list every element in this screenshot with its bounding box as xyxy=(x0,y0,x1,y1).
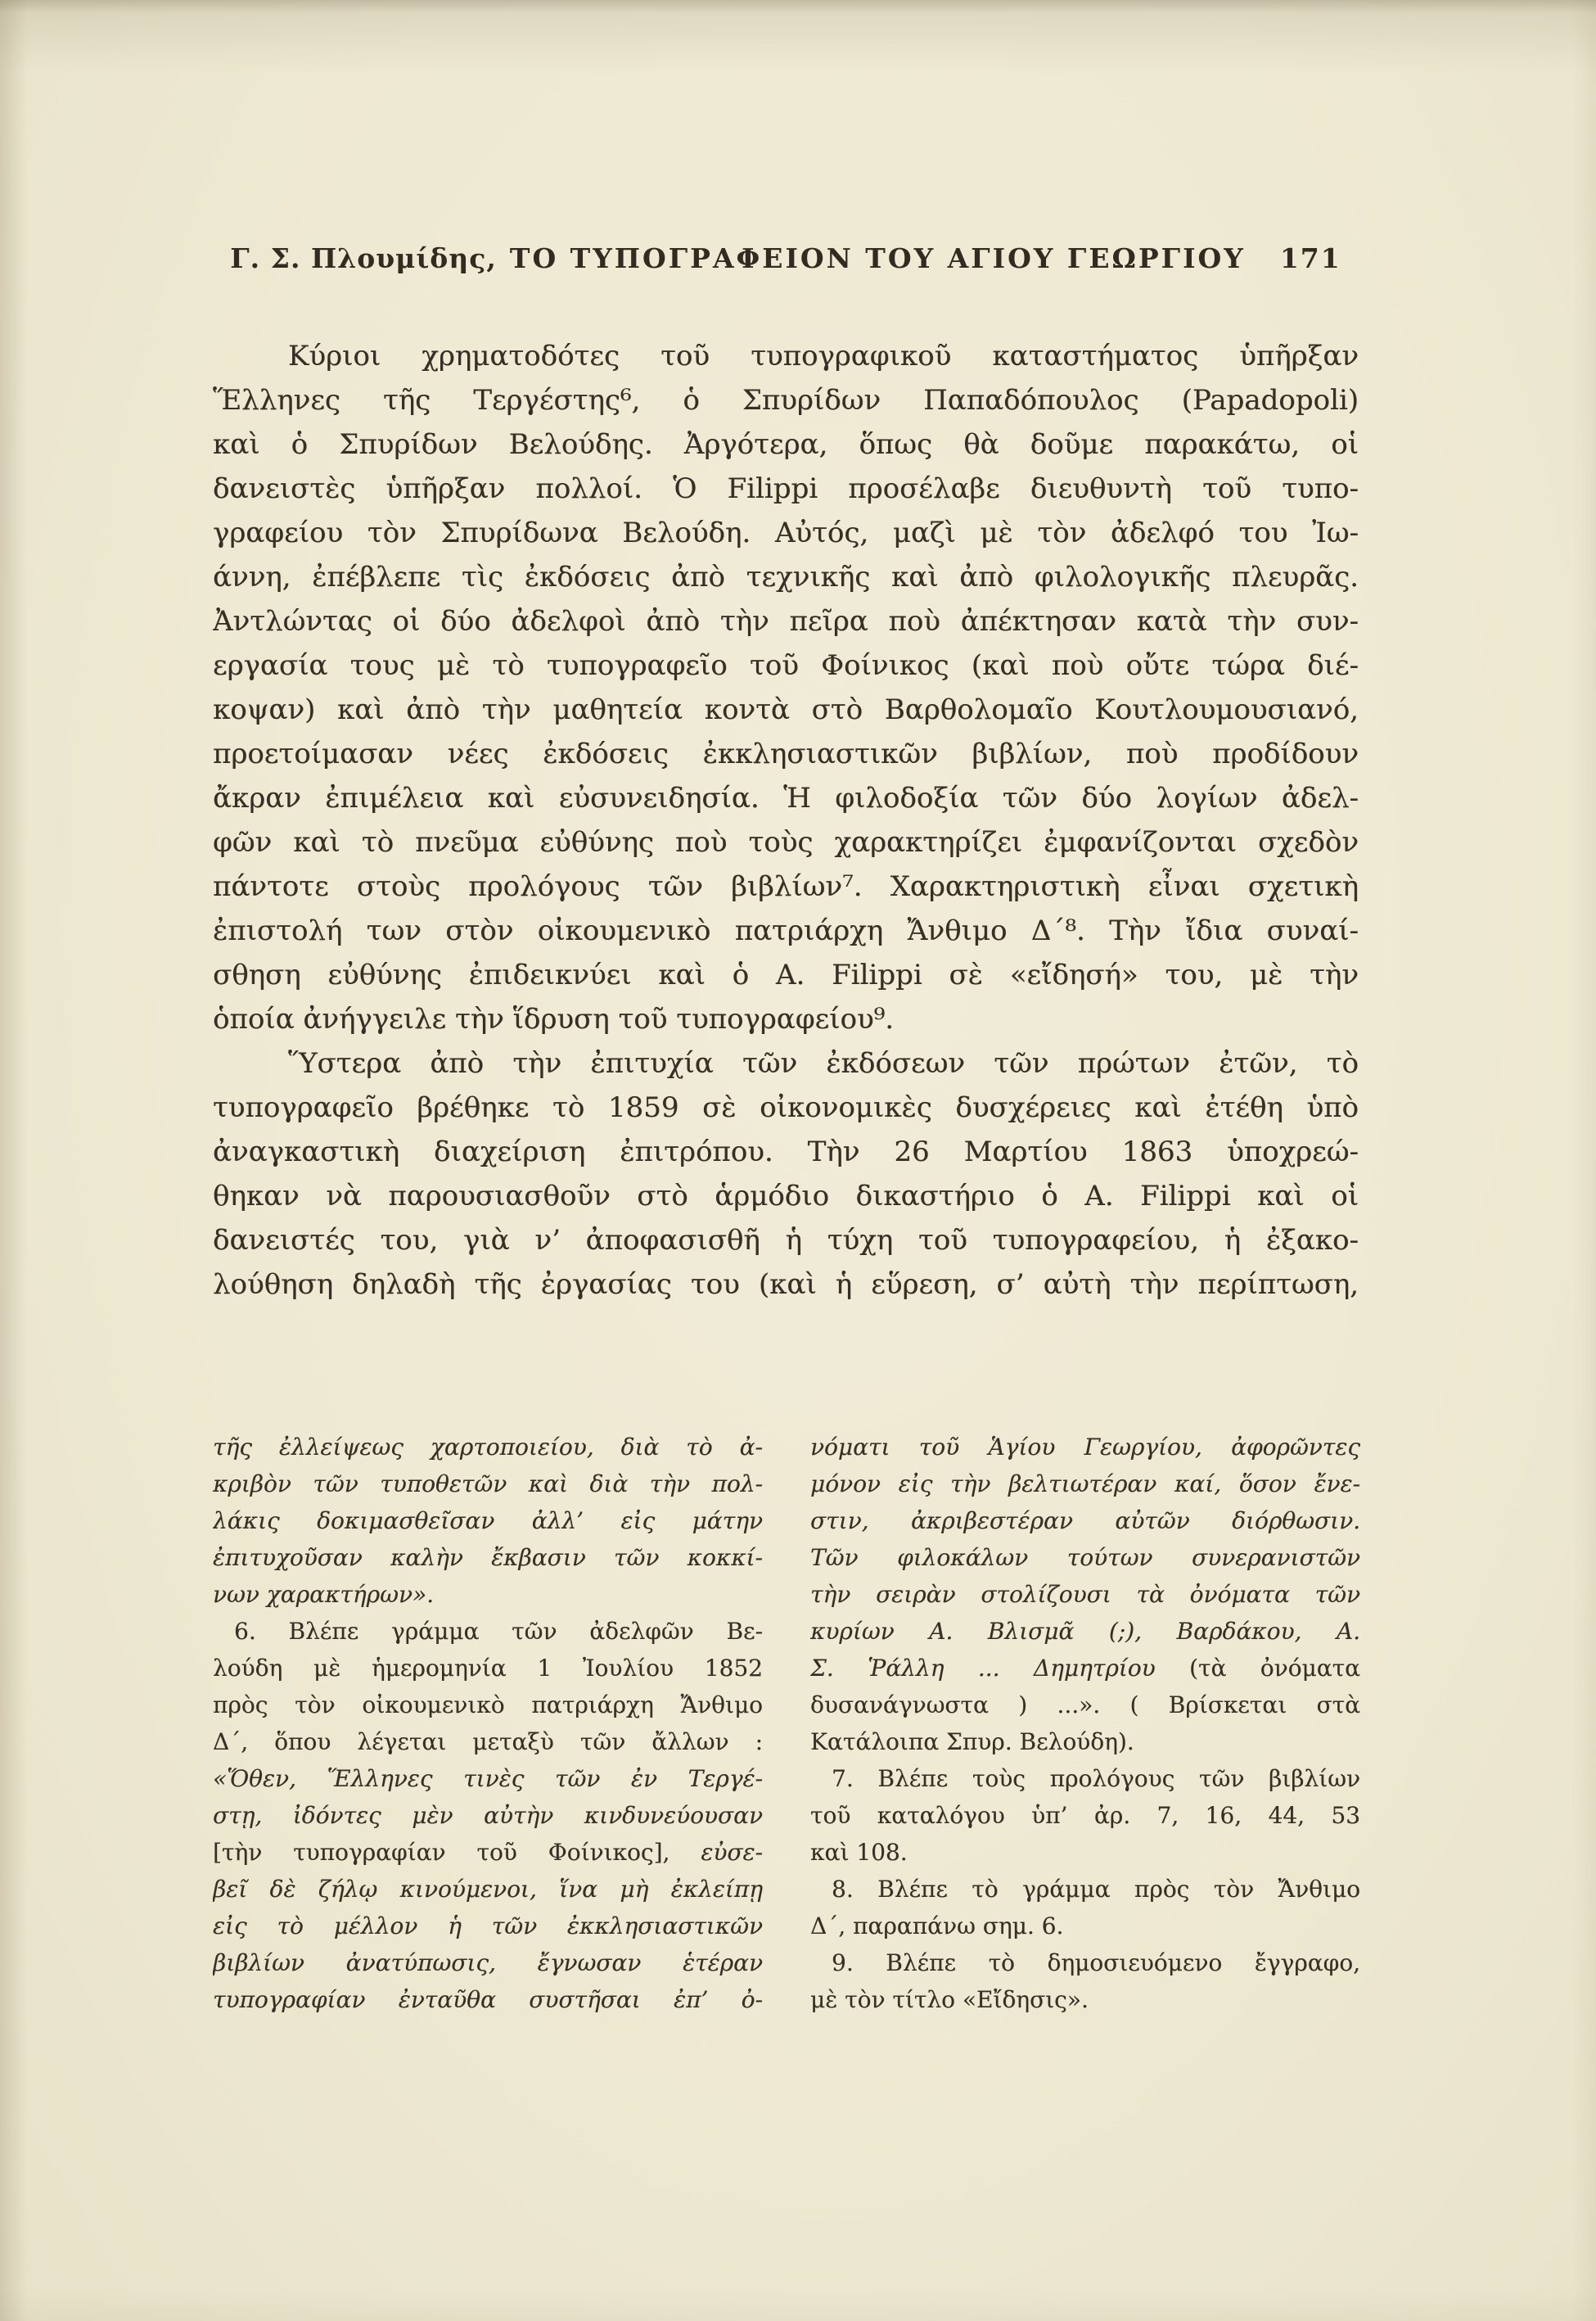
italic-text-segment: τὴν σειρὰν στολίζουσι τὰ ὀνόματα τῶν xyxy=(810,1581,1360,1608)
text-segment: δανειστές του, γιὰ ν’ ἀποφασισθῆ ἡ τύχη … xyxy=(213,1224,1359,1257)
header-author: Γ. Σ. Πλουμίδης, xyxy=(230,242,497,274)
body-text-line: ὁποία ἀνήγγειλε τὴν ἵδρυση τοῦ τυπογραφε… xyxy=(213,997,1359,1041)
body-text-line: εργασία τους μὲ τὸ τυπογραφεῖο τοῦ Φοίνι… xyxy=(213,643,1359,688)
body-text-line: φῶν καὶ τὸ πνεῦμα εὐθύνης ποὺ τοὺς χαρακ… xyxy=(213,820,1359,865)
scanned-document-page: Γ. Σ. Πλουμίδης, ΤΟ ΤΥΠΟΓΡΑΦΕΙΟΝ ΤΟΥ ΑΓΙ… xyxy=(0,0,1596,2321)
text-segment: προετοίμασαν νέες ἐκδόσεις ἐκκλησιαστικῶ… xyxy=(213,738,1359,770)
footnote-column-right: νόματι τοῦ Ἁγίου Γεωργίου, ἀφορῶντεςμόνο… xyxy=(810,1429,1360,2018)
body-text-line: πάντοτε στοὺς προλόγους τῶν βιβλίων⁷. Χα… xyxy=(213,865,1359,909)
italic-text-segment: βιβλίων ἀνατύπωσις, ἔγνωσαν ἑτέραν xyxy=(213,1949,763,1976)
text-segment: [τὴν τυπογραφίαν τοῦ Φοίνικος], xyxy=(213,1839,701,1866)
body-text-line: γραφείου τὸν Σπυρίδωνα Βελούδη. Αὐτός, μ… xyxy=(213,511,1359,555)
footnote-line: 9. Βλέπε τὸ δημοσιευόμενο ἔγγραφο, xyxy=(810,1944,1360,1981)
text-segment: τυπογραφεῖο βρέθηκε τὸ 1859 σὲ οἰκονομικ… xyxy=(213,1091,1359,1124)
text-segment: 9. Βλέπε τὸ δημοσιευόμενο ἔγγραφο, xyxy=(832,1949,1360,1976)
header-page-number: 171 xyxy=(1280,242,1341,274)
main-body-text: Κύριοι χρηματοδότες τοῦ τυπογραφικοῦ κατ… xyxy=(213,334,1359,1307)
italic-text-segment: κυρίων Α. Βλισμᾶ (;), Βαρδάκου, Α. xyxy=(810,1618,1360,1645)
text-segment: καὶ 108. xyxy=(810,1839,908,1866)
footnote-line: μόνον εἰς τὴν βελτιωτέραν καί, ὅσον ἔνε- xyxy=(810,1465,1360,1502)
italic-text-segment: λάκις δοκιμασθεῖσαν ἀλλ’ εἰς μάτην xyxy=(213,1507,763,1534)
text-segment: Δ΄, παραπάνω σημ. 6. xyxy=(810,1912,1063,1939)
italic-text-segment: εἰς τὸ μέλλον ἡ τῶν ἐκκλησιαστικῶν xyxy=(213,1912,763,1939)
body-text-line: Ἀντλώντας οἱ δύο ἀδελφοὶ ἀπὸ τὴν πεῖρα π… xyxy=(213,599,1359,643)
body-text-line: δανειστές του, γιὰ ν’ ἀποφασισθῆ ἡ τύχη … xyxy=(213,1218,1359,1262)
text-segment: κοψαν) καὶ ἀπὸ τὴν μαθητεία κοντὰ στὸ Βα… xyxy=(213,693,1359,726)
footnote-line: Τῶν φιλοκάλων τούτων συνερανιστῶν xyxy=(810,1539,1360,1576)
footnote-line: κριβὸν τῶν τυποθετῶν καὶ διὰ τὴν πολ- xyxy=(213,1465,763,1502)
italic-text-segment: Σ. Ῥάλλη ... Δημητρίου xyxy=(810,1655,1189,1682)
text-segment: άννη, ἐπέβλεπε τὶς ἐκδόσεις ἀπὸ τεχνικῆς… xyxy=(213,561,1359,594)
italic-text-segment: στιν, ἀκριβεστέραν αὐτῶν διόρθωσιν. xyxy=(810,1507,1360,1534)
footnote-line: Κατάλοιπα Σπυρ. Βελούδη). xyxy=(810,1723,1360,1760)
footnote-line: 7. Βλέπε τοὺς προλόγους τῶν βιβλίων xyxy=(810,1760,1360,1797)
footnote-line: τὴν σειρὰν στολίζουσι τὰ ὀνόματα τῶν xyxy=(810,1576,1360,1613)
footnote-line: 8. Βλέπε τὸ γράμμα πρὸς τὸν Ἄνθιμο xyxy=(810,1871,1360,1908)
italic-text-segment: Τῶν φιλοκάλων τούτων συνερανιστῶν xyxy=(810,1544,1360,1571)
footnote-line: λάκις δοκιμασθεῖσαν ἀλλ’ εἰς μάτην xyxy=(213,1502,763,1539)
running-header: Γ. Σ. Πλουμίδης, ΤΟ ΤΥΠΟΓΡΑΦΕΙΟΝ ΤΟΥ ΑΓΙ… xyxy=(213,242,1359,274)
text-segment: ὁποία ἀνήγγειλε τὴν ἵδρυση τοῦ τυπογραφε… xyxy=(213,1003,894,1036)
footnote-line: βιβλίων ἀνατύπωσις, ἔγνωσαν ἑτέραν xyxy=(213,1944,763,1981)
text-segment: Κατάλοιπα Σπυρ. Βελούδη). xyxy=(810,1728,1134,1755)
text-segment: πάντοτε στοὺς προλόγους τῶν βιβλίων⁷. Χα… xyxy=(213,870,1359,903)
text-segment: πρὸς τὸν οἰκουμενικὸ πατριάρχη Ἄνθιμο xyxy=(213,1691,763,1718)
footnote-line: νων χαρακτήρων». xyxy=(213,1576,763,1613)
text-segment: φῶν καὶ τὸ πνεῦμα εὐθύνης ποὺ τοὺς χαρακ… xyxy=(213,826,1359,859)
footnote-line: ἐπιτυχοῦσαν καλὴν ἔκβασιν τῶν κοκκί- xyxy=(213,1539,763,1576)
body-text-line: Ὕστερα ἀπὸ τὴν ἐπιτυχία τῶν ἐκδόσεων τῶν… xyxy=(213,1041,1359,1086)
italic-text-segment: νων χαρακτήρων». xyxy=(213,1581,434,1608)
body-text-line: Ἕλληνες τῆς Τεργέστης⁶, ὁ Σπυρίδων Παπαδ… xyxy=(213,378,1359,422)
text-segment: σθηση εὐθύνης ἐπιδεικνύει καὶ ὁ A. Filip… xyxy=(213,959,1359,991)
text-segment: λούδη μὲ ἡμερομηνία 1 Ἰουλίου 1852 xyxy=(213,1655,763,1682)
body-text-line: ἐπιστολή των στὸν οἰκουμενικὸ πατριάρχη … xyxy=(213,909,1359,953)
body-text-line: Κύριοι χρηματοδότες τοῦ τυπογραφικοῦ κατ… xyxy=(213,334,1359,378)
body-text-line: δανειστὲς ὑπῆρξαν πολλοί. Ὁ Filippi προσ… xyxy=(213,467,1359,511)
footnote-line: Σ. Ῥάλλη ... Δημητρίου (τὰ ὀνόματα xyxy=(810,1650,1360,1687)
italic-text-segment: ἐπιτυχοῦσαν καλὴν ἔκβασιν τῶν κοκκί- xyxy=(213,1544,763,1571)
body-text-line: θηκαν νὰ παρουσιασθοῦν στὸ ἁρμόδιο δικασ… xyxy=(213,1174,1359,1218)
footnote-line: νόματι τοῦ Ἁγίου Γεωργίου, ἀφορῶντες xyxy=(810,1429,1360,1465)
footnote-line: Δ΄, ὅπου λέγεται μεταξὺ τῶν ἄλλων : xyxy=(213,1723,763,1760)
body-text-line: ἀναγκαστικὴ διαχείριση ἐπιτρόπου. Τὴν 26… xyxy=(213,1130,1359,1174)
body-text-line: λούθηση δηλαδὴ τῆς ἐργασίας του (καὶ ἡ ε… xyxy=(213,1262,1359,1307)
body-text-line: άννη, ἐπέβλεπε τὶς ἐκδόσεις ἀπὸ τεχνικῆς… xyxy=(213,555,1359,599)
text-segment: 6. Βλέπε γράμμα τῶν ἀδελφῶν Βε- xyxy=(234,1618,763,1645)
text-segment: (τὰ ὀνόματα xyxy=(1189,1655,1360,1682)
italic-text-segment: βεῖ δὲ ζήλῳ κινούμενοι, ἵνα μὴ ἐκλείπῃ xyxy=(213,1876,763,1903)
text-segment: Ἕλληνες τῆς Τεργέστης⁶, ὁ Σπυρίδων Παπαδ… xyxy=(213,384,1359,417)
text-segment: Ἀντλώντας οἱ δύο ἀδελφοὶ ἀπὸ τὴν πεῖρα π… xyxy=(213,605,1359,638)
footnote-line: τῆς ἐλλείψεως χαρτοποιείου, διὰ τὸ ἀ- xyxy=(213,1429,763,1465)
text-segment: ἄκραν ἐπιμέλεια καὶ εὐσυνειδησία. Ἡ φιλο… xyxy=(213,782,1359,815)
italic-text-segment: εὐσε- xyxy=(701,1839,763,1866)
text-segment: ἀναγκαστικὴ διαχείριση ἐπιτρόπου. Τὴν 26… xyxy=(213,1136,1359,1168)
footnote-line: πρὸς τὸν οἰκουμενικὸ πατριάρχη Ἄνθιμο xyxy=(213,1687,763,1723)
footnote-column-left: τῆς ἐλλείψεως χαρτοποιείου, διὰ τὸ ἀ-κρι… xyxy=(213,1429,763,2018)
footnote-line: «Ὅθεν, Ἕλληνες τινὲς τῶν ἐν Τεργέ- xyxy=(213,1760,763,1797)
footnote-line: 6. Βλέπε γράμμα τῶν ἀδελφῶν Βε- xyxy=(213,1613,763,1650)
footnote-line: εἰς τὸ μέλλον ἡ τῶν ἐκκλησιαστικῶν xyxy=(213,1908,763,1944)
text-segment: Κύριοι χρηματοδότες τοῦ τυπογραφικοῦ κατ… xyxy=(288,340,1359,373)
footnote-line: [τὴν τυπογραφίαν τοῦ Φοίνικος], εὐσε- xyxy=(213,1834,763,1871)
text-segment: λούθηση δηλαδὴ τῆς ἐργασίας του (καὶ ἡ ε… xyxy=(213,1268,1359,1301)
text-segment: 8. Βλέπε τὸ γράμμα πρὸς τὸν Ἄνθιμο xyxy=(832,1876,1360,1903)
body-text-line: σθηση εὐθύνης ἐπιδεικνύει καὶ ὁ A. Filip… xyxy=(213,953,1359,997)
footnote-line: Δ΄, παραπάνω σημ. 6. xyxy=(810,1908,1360,1944)
body-text-line: κοψαν) καὶ ἀπὸ τὴν μαθητεία κοντὰ στὸ Βα… xyxy=(213,688,1359,732)
text-segment: Δ΄, ὅπου λέγεται μεταξὺ τῶν ἄλλων : xyxy=(213,1728,763,1755)
footnote-line: δυσανάγνωστα ) ...». ( Βρίσκεται στὰ xyxy=(810,1687,1360,1723)
footnote-line: βεῖ δὲ ζήλῳ κινούμενοι, ἵνα μὴ ἐκλείπῃ xyxy=(213,1871,763,1908)
text-segment: γραφείου τὸν Σπυρίδωνα Βελούδη. Αὐτός, μ… xyxy=(213,517,1359,549)
header-article-title: ΤΟ ΤΥΠΟΓΡΑΦΕΙΟΝ ΤΟΥ ΑΓΙΟΥ ΓΕΩΡΓΙΟΥ xyxy=(510,242,1246,274)
footnote-line: λούδη μὲ ἡμερομηνία 1 Ἰουλίου 1852 xyxy=(213,1650,763,1687)
body-text-line: καὶ ὁ Σπυρίδων Βελούδης. Ἀργότερα, ὅπως … xyxy=(213,422,1359,467)
text-segment: τοῦ καταλόγου ὑπ’ ἀρ. 7, 16, 44, 53 xyxy=(810,1802,1360,1829)
footnote-line: στῃ, ἰδόντες μὲν αὐτὴν κινδυνεύουσαν xyxy=(213,1797,763,1834)
body-text-line: προετοίμασαν νέες ἐκδόσεις ἐκκλησιαστικῶ… xyxy=(213,732,1359,776)
italic-text-segment: νόματι τοῦ Ἁγίου Γεωργίου, ἀφορῶντες xyxy=(810,1434,1360,1461)
text-segment: καὶ ὁ Σπυρίδων Βελούδης. Ἀργότερα, ὅπως … xyxy=(213,428,1359,461)
body-text-line: τυπογραφεῖο βρέθηκε τὸ 1859 σὲ οἰκονομικ… xyxy=(213,1086,1359,1130)
text-segment: θηκαν νὰ παρουσιασθοῦν στὸ ἁρμόδιο δικασ… xyxy=(213,1180,1359,1212)
italic-text-segment: μόνον εἰς τὴν βελτιωτέραν καί, ὅσον ἔνε- xyxy=(810,1470,1360,1497)
text-segment: 7. Βλέπε τοὺς προλόγους τῶν βιβλίων xyxy=(832,1765,1360,1792)
text-segment: μὲ τὸν τίτλο «Εἴδησις». xyxy=(810,1986,1089,2013)
text-segment: δανειστὲς ὑπῆρξαν πολλοί. Ὁ Filippi προσ… xyxy=(213,472,1359,505)
footnote-line: καὶ 108. xyxy=(810,1834,1360,1871)
italic-text-segment: στῃ, ἰδόντες μὲν αὐτὴν κινδυνεύουσαν xyxy=(213,1802,763,1829)
text-segment: δυσανάγνωστα ) ...». ( Βρίσκεται στὰ xyxy=(810,1691,1360,1718)
footnote-line: στιν, ἀκριβεστέραν αὐτῶν διόρθωσιν. xyxy=(810,1502,1360,1539)
italic-text-segment: τῆς ἐλλείψεως χαρτοποιείου, διὰ τὸ ἀ- xyxy=(213,1434,763,1461)
footnote-line: τυπογραφίαν ἐνταῦθα συστῆσαι ἐπ’ ὀ- xyxy=(213,1981,763,2018)
body-text-line: ἄκραν ἐπιμέλεια καὶ εὐσυνειδησία. Ἡ φιλο… xyxy=(213,776,1359,820)
text-segment: Ὕστερα ἀπὸ τὴν ἐπιτυχία τῶν ἐκδόσεων τῶν… xyxy=(288,1047,1359,1080)
footnote-line: μὲ τὸν τίτλο «Εἴδησις». xyxy=(810,1981,1360,2018)
text-segment: εργασία τους μὲ τὸ τυπογραφεῖο τοῦ Φοίνι… xyxy=(213,649,1359,682)
footnote-line: τοῦ καταλόγου ὑπ’ ἀρ. 7, 16, 44, 53 xyxy=(810,1797,1360,1834)
text-segment: ἐπιστολή των στὸν οἰκουμενικὸ πατριάρχη … xyxy=(213,914,1359,947)
italic-text-segment: «Ὅθεν, Ἕλληνες τινὲς τῶν ἐν Τεργέ- xyxy=(213,1765,763,1792)
italic-text-segment: κριβὸν τῶν τυποθετῶν καὶ διὰ τὴν πολ- xyxy=(213,1470,763,1497)
italic-text-segment: τυπογραφίαν ἐνταῦθα συστῆσαι ἐπ’ ὀ- xyxy=(213,1986,763,2013)
footnote-line: κυρίων Α. Βλισμᾶ (;), Βαρδάκου, Α. xyxy=(810,1613,1360,1650)
